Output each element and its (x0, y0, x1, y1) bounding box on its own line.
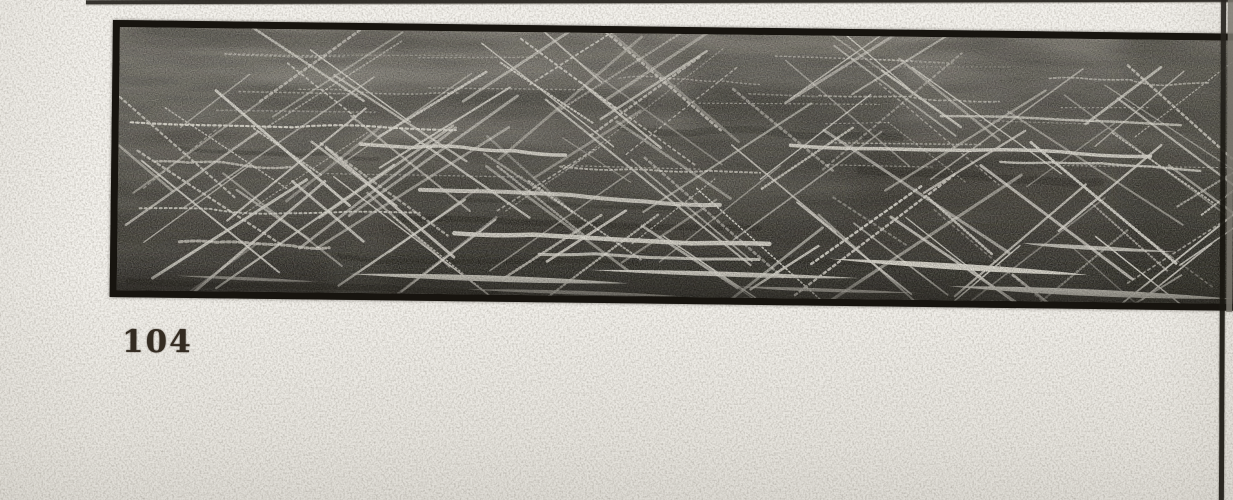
engraving-figure-frame (110, 20, 1233, 311)
previous-figure-cropped-edge (86, 0, 1233, 4)
water-ripple-engraving (117, 27, 1233, 304)
adjacent-page-edge (1226, 0, 1233, 312)
page-number: 104 (122, 324, 193, 360)
